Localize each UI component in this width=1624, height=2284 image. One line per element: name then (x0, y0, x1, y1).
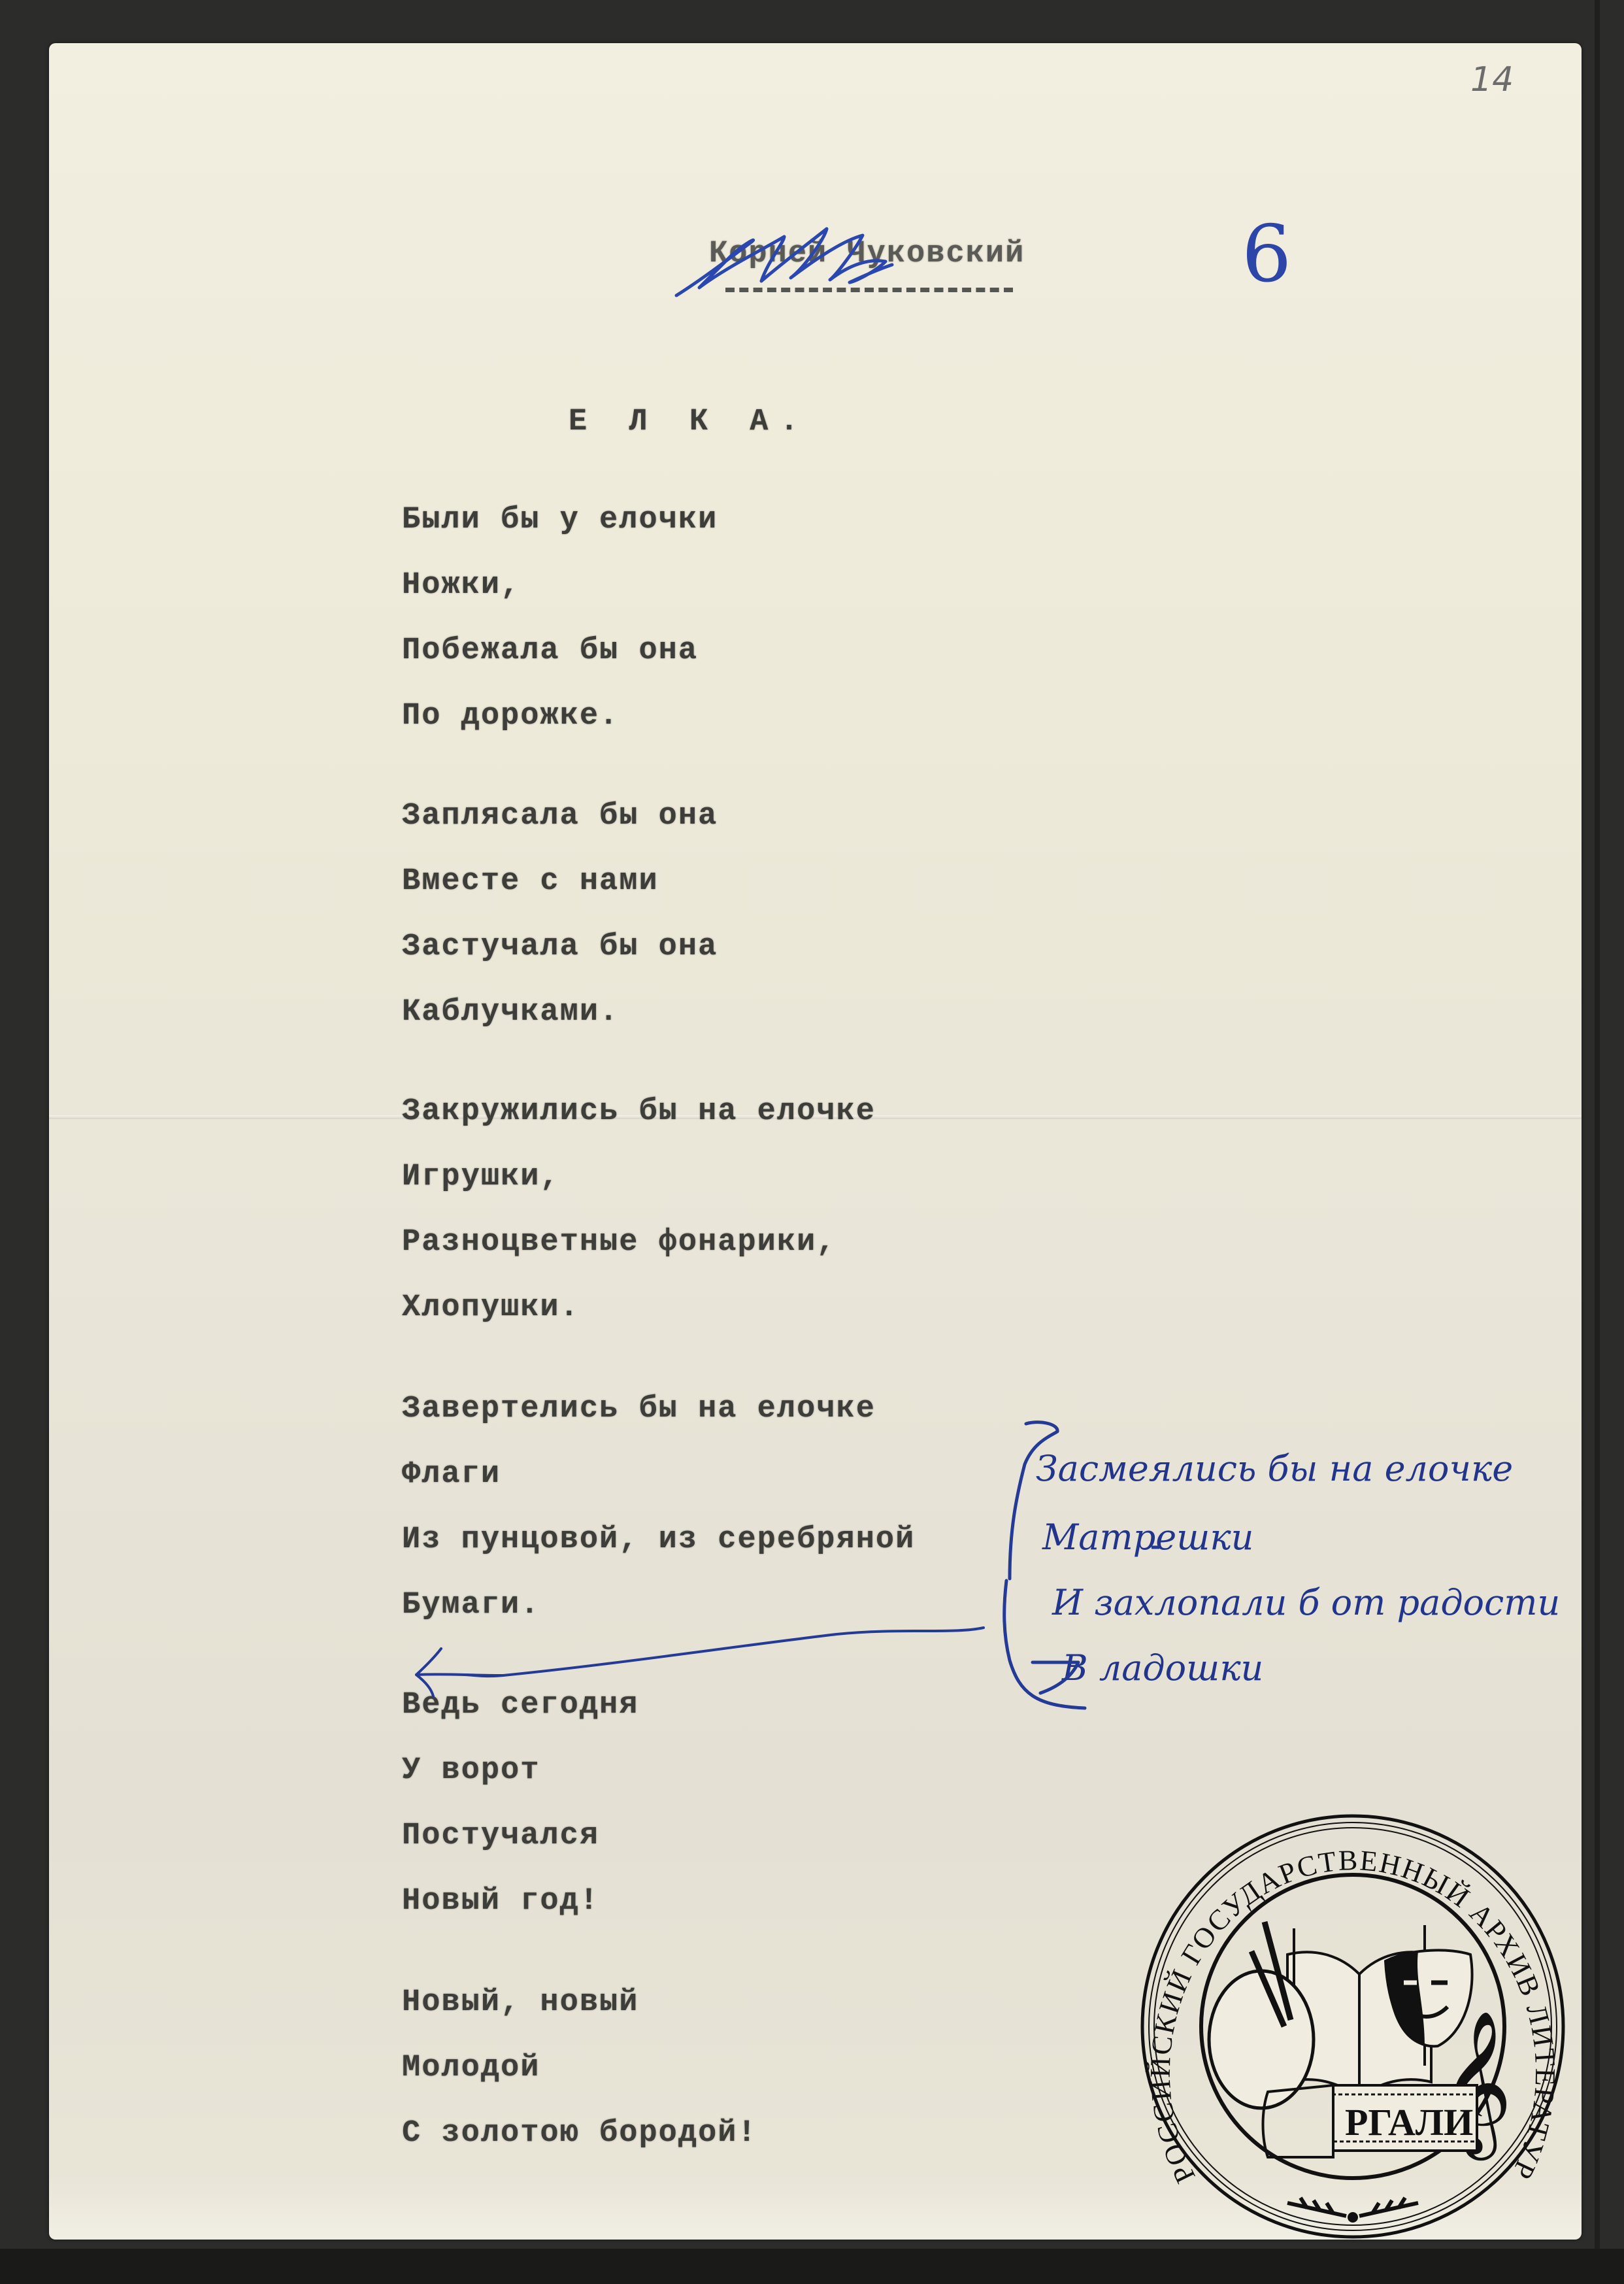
author-strike-scribble (676, 229, 892, 295)
laurel-icon (1287, 2198, 1418, 2221)
rgali-abbreviation: РГАЛИ (1345, 2101, 1473, 2143)
palette-brush-icon (1209, 1922, 1314, 2108)
rgali-seal: РОССИЙСКИЙ ГОСУДАРСТВЕННЫЙ АРХИВ ЛИТЕРАТ… (1137, 1758, 1568, 2242)
insertion-arrow (416, 1628, 984, 1696)
insertion-brace (1004, 1422, 1085, 1708)
archive-stamp: РОССИЙСКИЙ ГОСУДАРСТВЕННЫЙ АРХИВ ЛИТЕРАТ… (1137, 1758, 1568, 2242)
